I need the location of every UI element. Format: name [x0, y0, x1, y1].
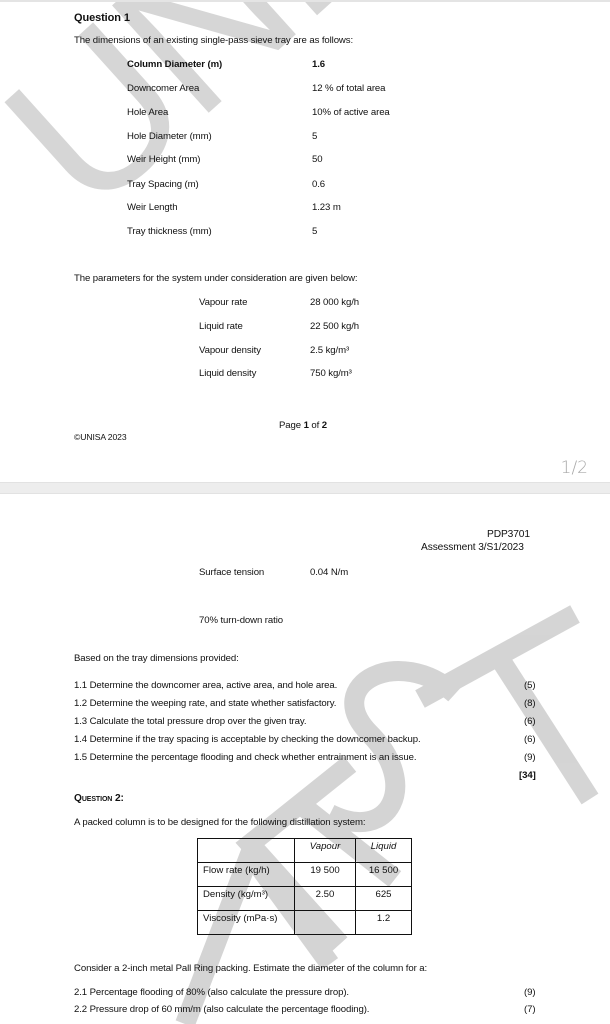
parameter-value: 28 000 kg/h: [310, 297, 359, 308]
task-text: 1.3 Calculate the total pressure drop ov…: [74, 716, 306, 727]
question-2-title: Question 2:: [74, 793, 124, 804]
dimension-label: Hole Area: [127, 107, 168, 118]
parameter-value: 2.5 kg/m³: [310, 345, 349, 356]
dimension-label: Weir Height (mm): [127, 154, 200, 165]
question-1-title: Question 1: [74, 12, 130, 24]
dimension-value: 10% of active area: [312, 107, 390, 118]
table-row: Flow rate (kg/h) 19 500 16 500: [198, 863, 412, 887]
page-label: Page: [279, 420, 304, 431]
dimension-value: 5: [312, 226, 317, 237]
q2-task-text: 2.2 Pressure drop of 60 mm/m (also calcu…: [74, 1004, 369, 1015]
document-page-1: UNISA Question 1 The dimensions of an ex…: [0, 2, 610, 482]
question-1-total: [34]: [519, 770, 536, 781]
task-marks: (9): [524, 752, 535, 763]
dimension-value: 1.6: [312, 59, 325, 70]
table-cell: 16 500: [356, 863, 412, 887]
dimension-label: Tray thickness (mm): [127, 226, 212, 237]
dimension-value: 5: [312, 131, 317, 142]
page-separator: [0, 482, 610, 494]
parameter-label: Liquid density: [199, 368, 256, 379]
dimension-label: Tray Spacing (m): [127, 179, 199, 190]
table-cell: [295, 911, 356, 935]
table-cell: Viscosity (mPa·s): [198, 911, 295, 935]
parameter-label: Liquid rate: [199, 321, 243, 332]
page-total: 2: [322, 420, 327, 431]
table-cell: Flow rate (kg/h): [198, 863, 295, 887]
question-2-intro: A packed column is to be designed for th…: [74, 817, 365, 828]
task-marks: (5): [524, 680, 535, 691]
table-header-cell: Vapour: [295, 839, 356, 863]
table-header-cell: [198, 839, 295, 863]
table-header-row: Vapour Liquid: [198, 839, 412, 863]
table-cell: 2.50: [295, 887, 356, 911]
copyright: ©UNISA 2023: [74, 432, 127, 442]
surface-tension-value: 0.04 N/m: [310, 567, 348, 578]
course-code: PDP3701: [487, 529, 530, 540]
page-of: of: [309, 420, 322, 431]
parameter-value: 22 500 kg/h: [310, 321, 359, 332]
table-header-cell: Liquid: [356, 839, 412, 863]
task-marks: (6): [524, 716, 535, 727]
dimension-label: Downcomer Area: [127, 83, 199, 94]
assessment-id: Assessment 3/S1/2023: [421, 542, 524, 553]
question-2-consider: Consider a 2-inch metal Pall Ring packin…: [74, 963, 427, 974]
table-cell: 1.2: [356, 911, 412, 935]
table-row: Density (kg/m³) 2.50 625: [198, 887, 412, 911]
surface-tension-label: Surface tension: [199, 567, 264, 578]
table-row: Viscosity (mPa·s) 1.2: [198, 911, 412, 935]
parameter-label: Vapour density: [199, 345, 261, 356]
dimensions-intro: The dimensions of an existing single-pas…: [74, 35, 353, 46]
q2-task-marks: (9): [524, 987, 535, 998]
table-cell: 625: [356, 887, 412, 911]
task-text: 1.4 Determine if the tray spacing is acc…: [74, 734, 421, 745]
task-text: 1.2 Determine the weeping rate, and stat…: [74, 698, 336, 709]
task-text: 1.5 Determine the percentage flooding an…: [74, 752, 416, 763]
dimension-label: Hole Diameter (mm): [127, 131, 212, 142]
page-indicator: 1/2: [561, 458, 588, 478]
page-footer-number: Page 1 of 2: [279, 420, 327, 431]
dimension-value: 0.6: [312, 179, 325, 190]
dimension-value: 50: [312, 154, 322, 165]
dimension-label: Column Diameter (m): [127, 59, 222, 70]
turndown-ratio: 70% turn-down ratio: [199, 615, 283, 626]
parameter-value: 750 kg/m³: [310, 368, 352, 379]
dimension-label: Weir Length: [127, 202, 177, 213]
task-text: 1.1 Determine the downcomer area, active…: [74, 680, 337, 691]
q2-task-marks: (7): [524, 1004, 535, 1015]
parameters-intro: The parameters for the system under cons…: [74, 273, 358, 284]
task-marks: (8): [524, 698, 535, 709]
parameter-label: Vapour rate: [199, 297, 247, 308]
q2-task-text: 2.1 Percentage flooding of 80% (also cal…: [74, 987, 349, 998]
dimension-value: 12 % of total area: [312, 83, 385, 94]
dimension-value: 1.23 m: [312, 202, 341, 213]
table-cell: 19 500: [295, 863, 356, 887]
distillation-system-table: Vapour Liquid Flow rate (kg/h) 19 500 16…: [197, 838, 412, 935]
document-page-2: PDP3701 Assessment 3/S1/2023 Surface ten…: [0, 494, 610, 1024]
based-on-text: Based on the tray dimensions provided:: [74, 653, 239, 664]
task-marks: (6): [524, 734, 535, 745]
table-cell: Density (kg/m³): [198, 887, 295, 911]
